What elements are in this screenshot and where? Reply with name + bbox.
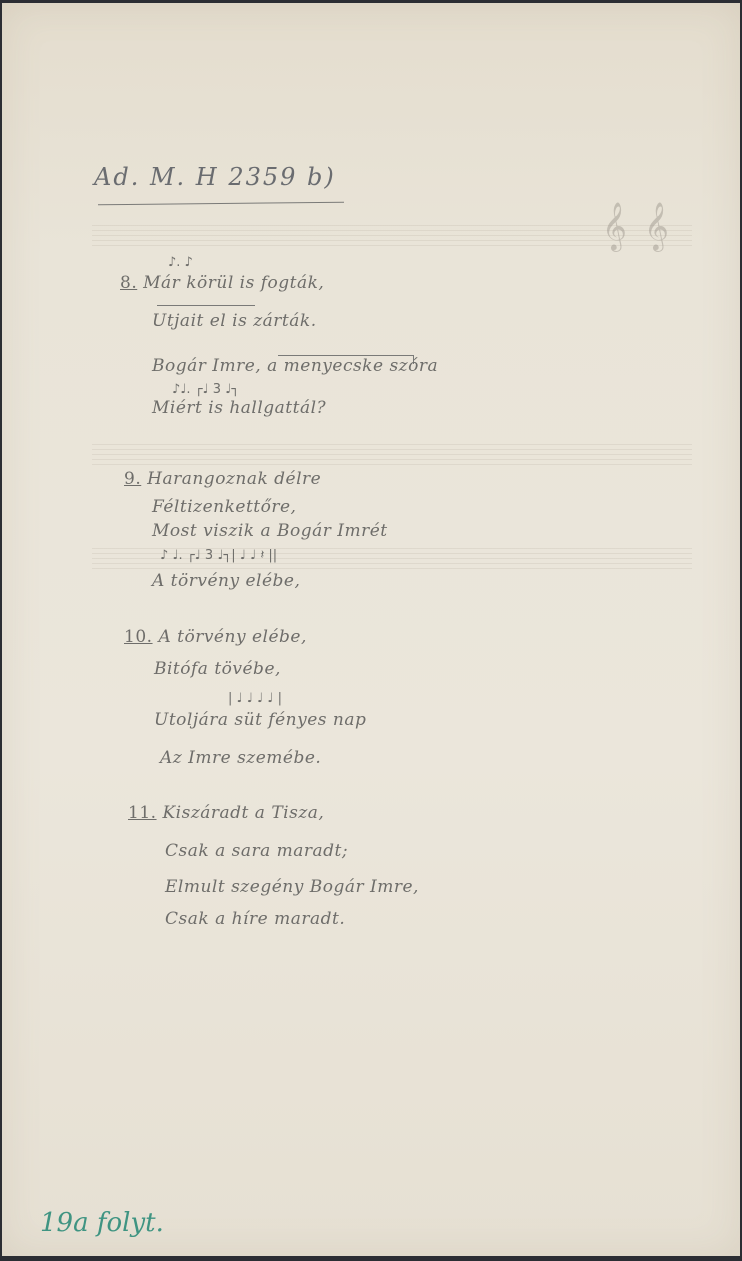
slur-mark: [157, 305, 255, 306]
stanza-line: Féltizenkettőre,: [152, 497, 296, 517]
stanza-number: 8.: [120, 273, 137, 293]
stanza-line: Utjait el is zárták.: [152, 311, 317, 331]
rhythm-notation: ♪♩. ┌♩ 3 ♩┐: [172, 382, 239, 397]
rhythm-notation: ♪ ♩. ┌♩ 3 ♩┐| ♩ ♩ 𝄽 ||: [160, 548, 277, 563]
page-heading: Ad. M. H 2359 b): [94, 163, 336, 191]
stanza-line: Bitófa tövébe,: [154, 659, 281, 679]
stanza-line: Most viszik a Bogár Imrét: [152, 521, 388, 541]
stanza-line: Miért is hallgattál?: [152, 398, 326, 418]
stanza-line: Az Imre szemébe.: [160, 748, 321, 768]
treble-clef-icon: 𝄞: [644, 201, 669, 251]
stanza-line: 10. A törvény elébe,: [124, 627, 307, 647]
staff-lines: [92, 444, 692, 466]
stanza-line: 9. Harangoznak délre: [124, 469, 321, 489]
heading-underline: [98, 202, 344, 206]
stanza-line: Csak a híre maradt.: [165, 909, 345, 929]
stanza-line: Utoljára süt fényes nap: [154, 710, 366, 730]
stanza-line: 8. Már körül is fogták,: [120, 273, 324, 293]
stanza-line: Elmult szegény Bogár Imre,: [165, 877, 419, 897]
stanza-number: 10.: [124, 627, 153, 647]
stanza-line: A törvény elébe,: [152, 571, 300, 591]
stanza-line: Bogár Imre, a menyecske szóra: [152, 356, 438, 376]
treble-clef-icon: 𝄞: [602, 201, 627, 251]
rhythm-notation: | ♩ ♩ ♩ ♩ |: [228, 691, 282, 706]
stanza-line: Csak a sara maradt;: [165, 841, 348, 861]
stanza-number: 9.: [124, 469, 141, 489]
stanza-number: 11.: [128, 803, 157, 823]
continuation-note: 19a folyt.: [40, 1208, 164, 1238]
manuscript-page: 𝄞 𝄞 Ad. M. H 2359 b) ♪. ♪ 8. Már körül i…: [2, 3, 740, 1256]
stanza-line: 11. Kiszáradt a Tisza,: [128, 803, 324, 823]
rhythm-notation: ♪. ♪: [168, 255, 193, 270]
